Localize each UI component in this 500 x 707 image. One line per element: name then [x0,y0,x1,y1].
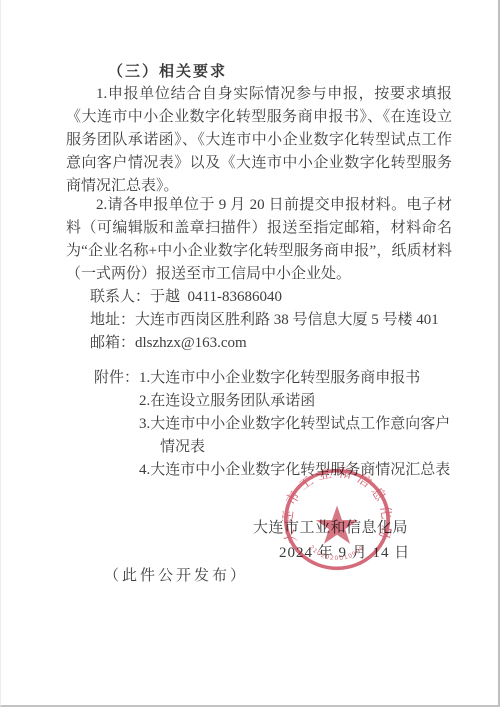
attachment-item: 2.在连设立服务团队承诺函 [139,390,459,413]
paragraph-requirements: 1.申报单位结合自身实际情况参与申报，按要求填报《大连市中小企业数字化转型服务商… [66,83,452,198]
attachment-item: 3.大连市中小企业数字化转型试点工作意向客户情况表 [139,413,459,459]
attachment-item: 1.大连市中小企业数字化转型服务商申报书 [139,367,459,390]
issue-date: 2024 年 9 月 14 日 [279,541,410,562]
submission-block: 2.请各申报单位于 9 月 20 日前提交申报材料。电子材料（可编辑版和盖章扫描… [66,194,452,355]
attachments-label: 附件： [94,367,139,390]
attachment-item: 4.大连市中小企业数字化转型服务商情况汇总表 [139,459,459,482]
contact-email: 邮箱：dlszhzx@163.com [66,332,452,355]
section-heading: （三）相关要求 [108,60,227,81]
attachments-block: 附件： 1.大连市中小企业数字化转型服务商申报书 2.在连设立服务团队承诺函 3… [94,367,459,482]
paragraph-submission: 2.请各申报单位于 9 月 20 日前提交申报材料。电子材料（可编辑版和盖章扫描… [66,194,452,286]
document-page: （三）相关要求 1.申报单位结合自身实际情况参与申报，按要求填报《大连市中小企业… [0,0,500,707]
attachments-list: 1.大连市中小企业数字化转型服务商申报书 2.在连设立服务团队承诺函 3.大连市… [139,367,459,482]
contact-address: 地址：大连市西岗区胜利路 38 号信息大厦 5 号楼 401 [66,309,452,332]
issuer-name: 大连市工业和信息化局 [253,516,408,537]
public-release-note: （此件公开发布） [104,564,248,585]
contact-person: 联系人：于越 0411-83686040 [66,286,452,309]
